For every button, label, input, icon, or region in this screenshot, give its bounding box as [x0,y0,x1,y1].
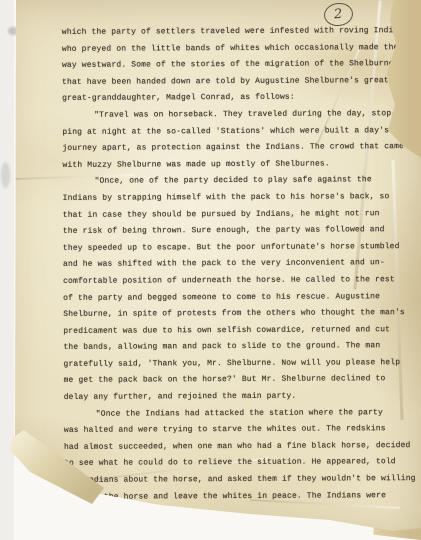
typed-line: "Once, one of the party decided to play … [63,172,408,190]
typed-line: "Once the Indians had attacked the stati… [64,405,409,423]
typed-line: Indians by strapping himself with the pa… [63,189,408,207]
typed-line: the risk of being thrown. Sure enough, t… [63,222,408,240]
typed-line: with Muzzy Shelburne was made up mostly … [62,156,407,174]
typed-line: to take the horse and leave the whites i… [64,488,409,506]
scanner-smudge [1,162,10,188]
typed-line: journey apart, as protection against the… [62,139,407,157]
typed-line: to see what he could do to relieve the s… [64,455,409,473]
typed-line: they speeded up to escape. But the poor … [63,239,408,257]
typed-line: that have been handed down are told by A… [62,73,407,91]
typed-line: predicament was due to his own selfish c… [63,322,408,340]
typed-line: of the party and begged someone to come … [63,289,408,307]
typed-line: which the party of settlers traveled wer… [62,23,407,41]
typed-line: ping at night at the so-called 'Stations… [62,123,407,141]
typed-line: Shelburne, in spite of protests from the… [63,305,408,323]
scan-background: which the party of settlers traveled wer… [0,0,421,540]
typed-line: that in case they should be pursued by I… [63,206,408,224]
page-number: 2 [334,8,343,22]
typed-line: me get the pack back on the horse?' But … [64,372,409,390]
typed-line: great-granddaughter, Madgel Conrad, as f… [62,89,407,107]
typed-line: had almost succeeded, when one man who h… [64,438,409,456]
typed-line: the Indians about the horse, and asked t… [64,471,409,489]
typed-line: who preyed on the little bands of whites… [62,40,407,58]
typed-line: comfortable position of underneath the h… [63,272,408,290]
typed-line: was halted and were trying to starve the… [64,421,409,439]
typed-line: the bands, allowing man and pack to slid… [63,338,408,356]
typed-line: way westward. Some of the stories of the… [62,56,407,74]
typed-text: which the party of settlers traveled wer… [62,23,410,506]
typed-line: gratefully said, 'Thank you, Mr. Shelbur… [63,355,408,373]
typed-line: "Travel was on horseback. They traveled … [62,106,407,124]
typed-line: delay any further, and rejoined the main… [64,388,409,406]
typed-line: and he was shifted with the pack to the … [63,255,408,273]
